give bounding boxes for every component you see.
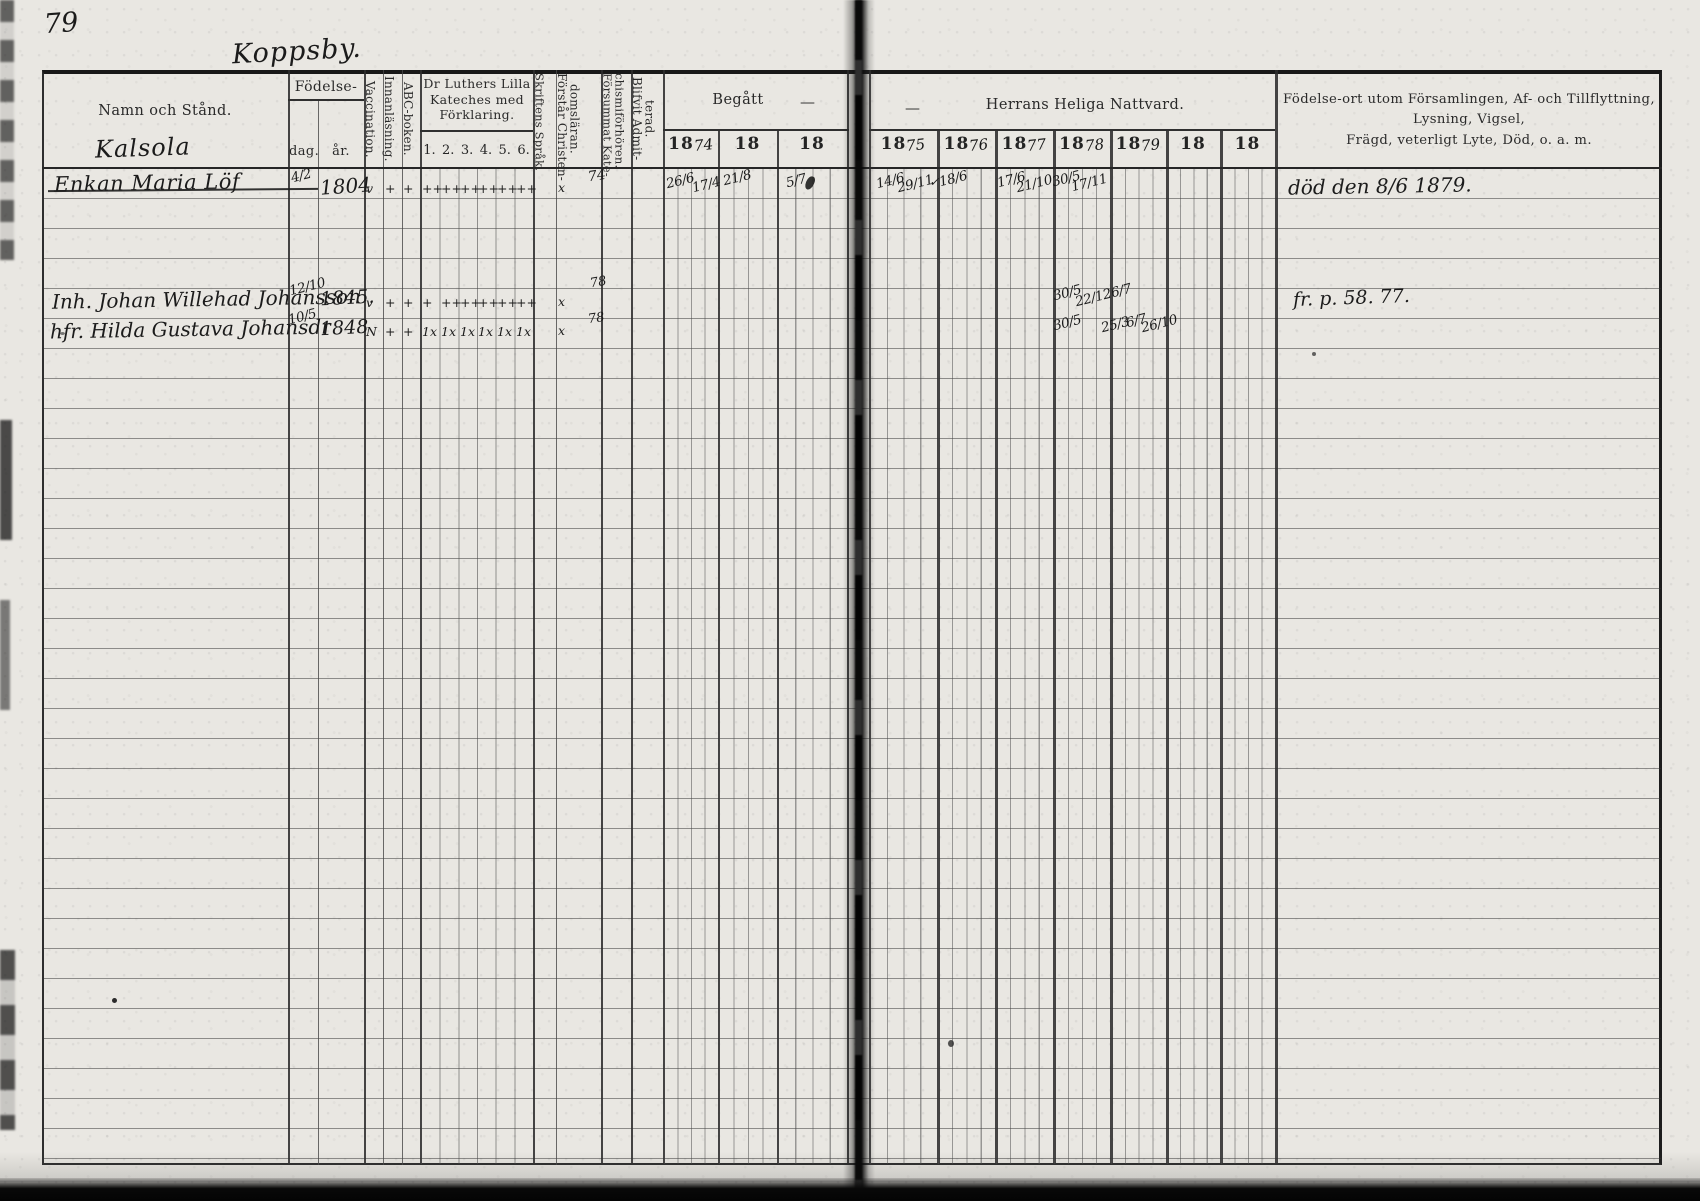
parish-register-scan: 79 Koppsby. Namn och Stånd. Födelse- dag… [0, 0, 1700, 1201]
understands-mark: x [558, 323, 565, 338]
catechism-cell-3: 3. [458, 143, 477, 165]
person-name: Enkan Maria Löf [54, 169, 241, 196]
column-header-notes: Födelse-ort utom Församlingen, Af- och T… [1283, 90, 1655, 151]
catechism-mark: 1x [516, 324, 531, 339]
catechism-mark: ++ [516, 295, 537, 310]
year-printed: 18 [735, 134, 761, 154]
label-line2: domsläran. [568, 73, 580, 165]
grid-line [383, 70, 384, 1165]
year-cell-nattvard-1876: 1876 [937, 134, 995, 164]
nattvard-date: 26/10 [1140, 312, 1179, 336]
abc-mark: + [403, 181, 413, 196]
column-header-abc-book: ABC-boken. [402, 73, 420, 165]
year-printed: 18 [944, 134, 970, 154]
year-cell-nattvard-1878: 1878 [1053, 134, 1110, 164]
year-printed: 18 [881, 134, 907, 154]
understands-mark: x [558, 180, 565, 195]
dust-speck [948, 1040, 954, 1047]
catechism-mark: ++ [441, 295, 462, 310]
birth-year: 1848 [319, 316, 368, 341]
scan-edge-artifact [0, 600, 10, 710]
year-cell-begatt-18a: 18 [718, 134, 777, 164]
begatt-date: 21/8 [721, 167, 752, 189]
grid-line [288, 70, 290, 1165]
death-note: död den 8/6 1879. [1288, 172, 1472, 199]
grid-line [663, 129, 849, 131]
year-printed: 18 [1180, 134, 1206, 154]
catechism-mark: 1x [422, 324, 437, 339]
column-header-vaccination: Vaccination. [364, 73, 383, 165]
catechism-mark: ++ [478, 181, 499, 196]
catechism-mark: ++ [497, 181, 518, 196]
year-cell-nattvard-1875: 1875 [869, 134, 937, 164]
grid-line [420, 130, 533, 132]
label: Innanläsning. [383, 73, 395, 165]
catechism-subcolumn-numbers: 1. 2. 3. 4. 5. 6. [420, 143, 533, 165]
label-line1: Försummat Kate- [601, 73, 613, 165]
catechism-mark: 1x [441, 324, 456, 339]
missed-catechism-mark: 74 [587, 167, 607, 185]
catechism-mark: ++ [478, 295, 499, 310]
column-header-scripture: Skriftens Språk. [533, 73, 556, 165]
year-cell-begatt-1874: 1874 [663, 134, 718, 164]
column-header-name: Namn och Stånd. [44, 103, 286, 119]
dust-speck [112, 998, 117, 1003]
year-printed: 18 [799, 134, 825, 154]
scan-bottom-band [0, 1178, 1700, 1201]
scan-edge-artifact [0, 420, 12, 540]
reading-mark: + [385, 295, 395, 310]
reading-mark: + [385, 181, 395, 196]
grid-line [556, 70, 557, 1165]
nattvard-date: 6/7 [1109, 281, 1133, 301]
page-number: 79 [43, 7, 79, 40]
ditto-dash: — [905, 99, 920, 117]
nattvard-date: 18/6 [937, 168, 968, 190]
year-cell-begatt-18b: 18 [777, 134, 847, 164]
label-line1: Förstår Christen- [556, 73, 568, 165]
catechism-cell-1: 1. [420, 143, 439, 165]
grid-line [288, 99, 364, 101]
catechism-mark: 1x [478, 324, 493, 339]
dust-speck [1312, 352, 1316, 356]
grid-line [631, 70, 633, 1165]
begatt-date: 17/4 [690, 174, 721, 196]
abc-mark: + [403, 324, 413, 339]
year-cell-nattvard-18a: 18 [1166, 134, 1220, 164]
label: Vaccination. [364, 73, 376, 165]
catechism-mark: ++ [441, 181, 462, 196]
grid-line [601, 70, 603, 1165]
abc-mark: + [403, 295, 413, 310]
column-header-reading: Innanläsning. [383, 73, 402, 165]
year-handwritten: 79 [1140, 135, 1161, 155]
column-header-understands: Förstår Christen- domsläran. [556, 73, 601, 165]
column-header-catechism: Dr Luthers Lilla Kateches med Förklaring… [421, 76, 533, 123]
label-line2: chismiförhören. [613, 73, 625, 165]
year-printed: 18 [1235, 134, 1261, 154]
ditto-dash: — [800, 93, 815, 111]
begatt-date: 5/7 [784, 171, 808, 191]
year-cell-nattvard-18b: 18 [1220, 134, 1275, 164]
catechism-mark: 1x [460, 324, 475, 339]
column-header-missed-catechism: Försummat Kate- chismiförhören. [601, 73, 631, 165]
year-printed: 18 [1059, 134, 1085, 154]
grid-line [1275, 70, 1278, 1165]
village-title-handwritten: Koppsby. [231, 33, 362, 71]
year-handwritten: 78 [1084, 135, 1105, 155]
section-header-begatt: Begått [663, 92, 813, 108]
group-heading-kalsola: Kalsola [95, 132, 192, 163]
book-gutter-fold [855, 0, 862, 1201]
understands-mark: x [558, 294, 565, 309]
year-handwritten: 74 [693, 135, 714, 155]
section-header-nattvard: Herrans Heliga Nattvard. [920, 97, 1250, 113]
year-handwritten: 75 [905, 135, 926, 155]
column-header-birth-day: dag. [289, 144, 318, 159]
vaccination-mark: v [366, 181, 373, 196]
year-printed: 18 [668, 134, 694, 154]
year-handwritten: 77 [1026, 135, 1047, 155]
birth-year: 1804 [319, 172, 371, 199]
label-line1: Blifvit Admit- [631, 73, 643, 165]
notes-header-line2: Frägd, veterligt Lyte, Död, o. a. m. [1283, 131, 1655, 151]
catechism-cell-2: 2. [439, 143, 458, 165]
label-line2: terad. [643, 73, 655, 165]
scan-edge-artifact [0, 950, 15, 1130]
catechism-mark: + [422, 295, 432, 310]
grid-line [364, 70, 366, 1165]
catechism-mark: ++ [497, 295, 518, 310]
column-header-birth: Födelse- [289, 79, 363, 95]
column-header-admitted: Blifvit Admit- terad. [631, 73, 663, 165]
catechism-mark: 1x [497, 324, 512, 339]
reading-mark: + [385, 324, 395, 339]
label: Skriftens Språk. [533, 73, 545, 165]
year-printed: 18 [1116, 134, 1142, 154]
missed-catechism-mark: 78 [589, 274, 608, 292]
reference-note: fr. p. 58. 77. [1293, 285, 1411, 311]
year-printed: 18 [1002, 134, 1028, 154]
dust-speck [60, 332, 65, 335]
catechism-cell-5: 5. [495, 143, 514, 165]
year-cell-nattvard-1879: 1879 [1110, 134, 1166, 164]
missed-catechism-mark: 78 [587, 310, 605, 327]
nattvard-date: 30/5 [1051, 312, 1082, 334]
grid-line [318, 100, 319, 1165]
scan-edge-artifact [0, 0, 14, 260]
vaccination-mark: v [366, 295, 373, 310]
catechism-mark: ++ [422, 181, 443, 196]
grid-line [533, 70, 535, 1165]
grid-line [869, 129, 1275, 131]
column-header-birth-year: år. [319, 144, 363, 159]
catechism-mark: ++ [516, 181, 537, 196]
year-cell-nattvard-1877: 1877 [995, 134, 1053, 164]
label: ABC-boken. [402, 73, 414, 165]
notes-header-line1: Födelse-ort utom Församlingen, Af- och T… [1283, 90, 1655, 131]
grid-line [402, 70, 403, 1165]
year-handwritten: 76 [968, 135, 989, 155]
birth-day: 4/2 [289, 166, 313, 186]
catechism-cell-6: 6. [514, 143, 533, 165]
catechism-cell-4: 4. [477, 143, 496, 165]
vaccination-mark: N [366, 324, 377, 339]
